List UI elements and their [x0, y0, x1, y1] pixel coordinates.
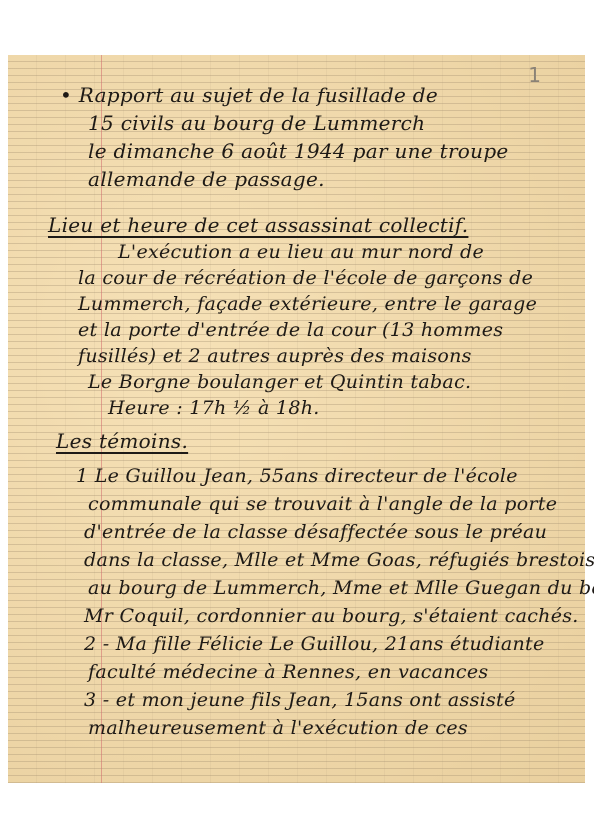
witness-line-2: communale qui se trouvait à l'angle de l…: [88, 493, 557, 515]
section-heading-witnesses: Les témoins.: [56, 429, 188, 453]
witness-line-3: d'entrée de la classe désaffectée sous l…: [84, 521, 547, 543]
witness-line-10: malheureusement à l'exécution de ces: [88, 717, 468, 739]
title-line-2: 15 civils au bourg de Lummerch: [88, 111, 425, 135]
witness-line-9: 3 - et mon jeune fils Jean, 15ans ont as…: [84, 689, 516, 711]
page-number: 1: [528, 63, 541, 87]
place-line-1: L'exécution a eu lieu au mur nord de: [118, 241, 484, 263]
time-line: Heure : 17h ½ à 18h.: [108, 397, 320, 419]
witness-line-1: 1 Le Guillou Jean, 55ans directeur de l'…: [76, 465, 518, 487]
witness-line-7: 2 - Ma fille Félicie Le Guillou, 21ans é…: [84, 633, 545, 655]
handwritten-page: 1 • Rapport au sujet de la fusillade de …: [8, 55, 585, 783]
title-line-1: • Rapport au sujet de la fusillade de: [60, 83, 438, 107]
witness-line-6: Mr Coquil, cordonnier au bourg, s'étaien…: [84, 605, 579, 627]
place-line-4: et la porte d'entrée de la cour (13 homm…: [78, 319, 503, 341]
place-line-6: Le Borgne boulanger et Quintin tabac.: [88, 371, 471, 393]
witness-line-4: dans la classe, Mlle et Mme Goas, réfugi…: [84, 549, 594, 571]
place-line-2: la cour de récréation de l'école de garç…: [78, 267, 533, 289]
witness-line-5: au bourg de Lummerch, Mme et Mlle Guegan…: [88, 577, 594, 599]
title-line-3: le dimanche 6 août 1944 par une troupe: [88, 139, 509, 163]
section-heading-place-time: Lieu et heure de cet assassinat collecti…: [48, 213, 468, 237]
witness-line-8: faculté médecine à Rennes, en vacances: [88, 661, 488, 683]
title-line-4: allemande de passage.: [88, 167, 325, 191]
place-line-5: fusillés) et 2 autres auprès des maisons: [78, 345, 472, 367]
place-line-3: Lummerch, façade extérieure, entre le ga…: [78, 293, 537, 315]
